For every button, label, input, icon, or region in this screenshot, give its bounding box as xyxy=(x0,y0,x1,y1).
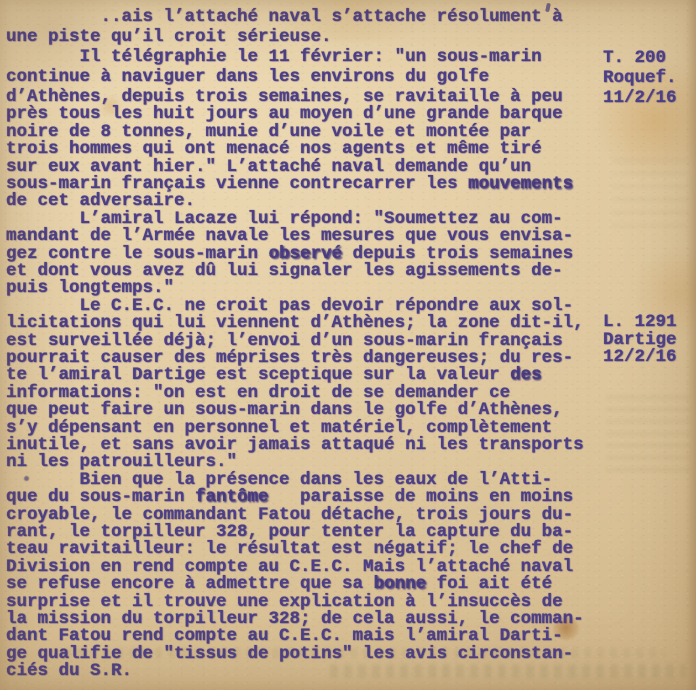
text-line: puis longtemps." xyxy=(6,279,174,297)
text-line: teau ravitailleur: le résultat est négat… xyxy=(6,540,573,558)
text-line: est surveillée déjà; l’envoi d’un sous-m… xyxy=(6,332,563,350)
text-line: que du sous-marin fantôme paraisse de mo… xyxy=(6,488,573,506)
text-line: une piste qu’il croit sérieuse. xyxy=(6,28,332,46)
margin-note: L. 1291Dartige12/2/16 xyxy=(603,314,677,366)
text-line: sur eux avant hier." L’attaché naval dem… xyxy=(6,158,531,176)
text-line: s’y dépensant en personnel et matériel, … xyxy=(6,419,552,437)
text-line: que peut faire un sous-marin dans le gol… xyxy=(6,401,563,419)
text-line: mandant de l’Armée navale les mesures qu… xyxy=(6,227,573,245)
text-line: te l’amiral Dartige est sceptique sur la… xyxy=(6,366,542,384)
text-line: continue à naviguer dans les environs du… xyxy=(6,68,489,86)
margin-note: T. 200Roquef.11/2/16 xyxy=(603,48,677,108)
text-line: se refuse encore à admettre que sa bonne… xyxy=(6,575,552,593)
text-line: près tous les huit jours au moyen d’une … xyxy=(6,105,563,123)
margin-note-line: 12/2/16 xyxy=(603,349,677,366)
text-line: surprise et il trouve une explication à … xyxy=(6,593,563,611)
text-line: dant Fatou rend compte au C.E.C. mais l’… xyxy=(6,627,563,645)
text-line: gez contre le sous-marin observé depuis … xyxy=(6,245,573,263)
margin-note-line: L. 1291 xyxy=(603,314,677,331)
text-line: de cet adversaire. xyxy=(6,192,195,210)
margin-note-line: Roquef. xyxy=(603,68,677,88)
margin-note-line: 11/2/16 xyxy=(603,88,677,108)
ink-bleed-through xyxy=(330,664,686,678)
ink-bleed-through xyxy=(606,388,690,472)
text-line: croyable, le commandant Fatou détache, t… xyxy=(6,506,573,524)
margin-note-line: T. 200 xyxy=(603,48,677,68)
text-line: ni les patrouilleurs." xyxy=(6,453,237,471)
text-line: trois hommes qui ont menacé nos agents e… xyxy=(6,140,542,158)
text-line: ..ais l’attaché naval s’attache résolume… xyxy=(6,8,563,26)
text-line: licitations qui lui viennent d’Athènes; … xyxy=(6,314,584,332)
ink-bleed-through xyxy=(612,152,688,228)
page-edge-shadow xyxy=(686,0,696,690)
document-page: ..ais l’attaché naval s’attache résolume… xyxy=(0,0,696,690)
text-line: Il télégraphie le 11 février: "un sous-m… xyxy=(6,48,542,66)
text-line: ciés du S.R. xyxy=(6,662,132,680)
